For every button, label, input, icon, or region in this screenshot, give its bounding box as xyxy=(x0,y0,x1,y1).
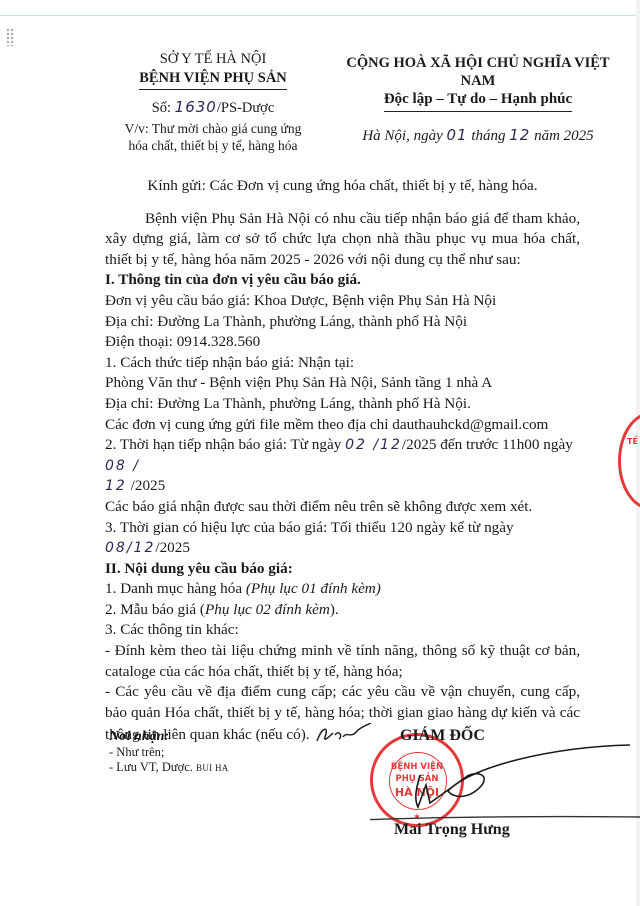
recipient-item: - Lưu VT, Dược. BUI HA xyxy=(109,760,229,777)
validity-suffix: /2025 xyxy=(155,539,190,556)
item-2-end: ). xyxy=(330,601,339,618)
deadline-to-month-handwritten: 12 xyxy=(105,478,127,494)
recipient-item: - Như trên; xyxy=(109,745,229,761)
receive-place: Phòng Văn thư - Bệnh viện Phụ Sản Hà Nội… xyxy=(105,373,580,394)
national-motto: Độc lập – Tự do – Hạnh phúc xyxy=(384,90,572,112)
phone: Điện thoại: 0914.328.560 xyxy=(105,332,580,353)
doc-number-suffix: /PS-Dược xyxy=(217,100,274,116)
recipient-item-text: - Lưu VT, Dược. xyxy=(109,760,196,774)
initial-signature-icon xyxy=(313,723,373,745)
document-body: Kính gửi: Các Đơn vị cung ứng hóa chất, … xyxy=(105,176,580,746)
validity: 3. Thời gian có hiệu lực của báo giá: Tố… xyxy=(105,518,580,559)
item-2-text: 2. Mẫu báo giá ( xyxy=(105,601,205,618)
edge-stamp-text: TẾ THÀ xyxy=(627,437,640,446)
drafter-initials: BUI HA xyxy=(196,763,229,773)
bullet-1: - Đính kèm theo tài liệu chứng minh về t… xyxy=(105,641,580,682)
section-2-title: II. Nội dung yêu cầu báo giá: xyxy=(105,559,580,580)
intro-paragraph: Bệnh viện Phụ Sản Hà Nội có nhu cầu tiếp… xyxy=(105,209,580,271)
deadline-to-suffix: /2025 xyxy=(127,477,165,494)
item-1-text: 1. Danh mục hàng hóa xyxy=(105,580,246,597)
item-1-note: (Phụ lục 01 đính kèm) xyxy=(246,580,381,597)
subject-line-1: V/v: Thư mời chào giá cung ứng xyxy=(108,120,318,137)
nation-title: CỘNG HOÀ XÃ HỘI CHỦ NGHĨA VIỆT NAM xyxy=(328,54,628,90)
deadline-from-suffix: /2025 đến trước 11h00 ngày xyxy=(402,436,573,453)
issuer-organization: SỞ Y TẾ HÀ NỘI xyxy=(108,50,318,69)
date-place: Hà Nội, ngày xyxy=(362,128,446,144)
item-2: 2. Mẫu báo giá (Phụ lục 02 đính kèm). xyxy=(105,600,580,621)
document-number: Số: 1630/PS-Dược xyxy=(108,98,318,118)
validity-handwritten: 08/12 xyxy=(105,540,155,556)
date-day-handwritten: 01 xyxy=(446,126,467,144)
deadline-prefix: 2. Thời hạn tiếp nhận báo giá: Từ ngày xyxy=(105,436,345,453)
date-month-label: tháng xyxy=(468,128,510,144)
item-3: 3. Các thông tin khác: xyxy=(105,620,580,641)
recipients-title: Nơi nhận: xyxy=(109,729,229,745)
deadline-to-day-handwritten: 08 / xyxy=(105,458,140,474)
recipients-block: Nơi nhận: - Như trên; - Lưu VT, Dược. BU… xyxy=(109,729,229,777)
date-year: năm 2025 xyxy=(530,128,593,144)
national-header: CỘNG HOÀ XÃ HỘI CHỦ NGHĨA VIỆT NAM Độc l… xyxy=(328,54,628,145)
document-subject: V/v: Thư mời chào giá cung ứng hóa chất,… xyxy=(108,120,318,154)
item-2-note: Phụ lục 02 đính kèm xyxy=(205,601,330,618)
issuer-hospital: BỆNH VIỆN PHỤ SẢN xyxy=(139,69,287,90)
deadline-from-handwritten: 02 /12 xyxy=(345,437,402,453)
doc-number-handwritten: 1630 xyxy=(175,98,217,116)
issuer-header: SỞ Y TẾ HÀ NỘI BỆNH VIỆN PHỤ SẢN Số: 163… xyxy=(108,50,318,154)
director-signature-icon xyxy=(370,727,640,837)
requester: Đơn vị yêu cầu báo giá: Khoa Dược, Bệnh … xyxy=(105,291,580,312)
section-1-title: I. Thông tin của đơn vị yêu cầu báo giá. xyxy=(105,270,580,291)
late-note: Các báo giá nhận được sau thời điểm nêu … xyxy=(105,497,580,518)
doc-number-prefix: Số: xyxy=(152,100,175,116)
receive-address: Địa chỉ: Đường La Thành, phường Láng, th… xyxy=(105,394,580,415)
scan-edge-line xyxy=(0,15,640,16)
subject-line-2: hóa chất, thiết bị y tế, hàng hóa xyxy=(108,137,318,154)
receive-method: 1. Cách thức tiếp nhận báo giá: Nhận tại… xyxy=(105,353,580,374)
deadline: 2. Thời hạn tiếp nhận báo giá: Từ ngày 0… xyxy=(105,435,580,497)
greeting: Kính gửi: Các Đơn vị cung ứng hóa chất, … xyxy=(105,176,580,197)
date-month-handwritten: 12 xyxy=(509,126,530,144)
address: Địa chỉ: Đường La Thành, phường Láng, th… xyxy=(105,312,580,333)
validity-prefix: 3. Thời gian có hiệu lực của báo giá: Tố… xyxy=(105,519,514,536)
scan-artifact xyxy=(6,28,14,46)
document-date: Hà Nội, ngày 01 tháng 12 năm 2025 xyxy=(328,126,628,145)
email-line: Các đơn vị cung ứng gửi file mềm theo đị… xyxy=(105,415,580,436)
edge-stamp: TẾ THÀ xyxy=(618,412,640,510)
item-1: 1. Danh mục hàng hóa (Phụ lục 01 đính kè… xyxy=(105,579,580,600)
